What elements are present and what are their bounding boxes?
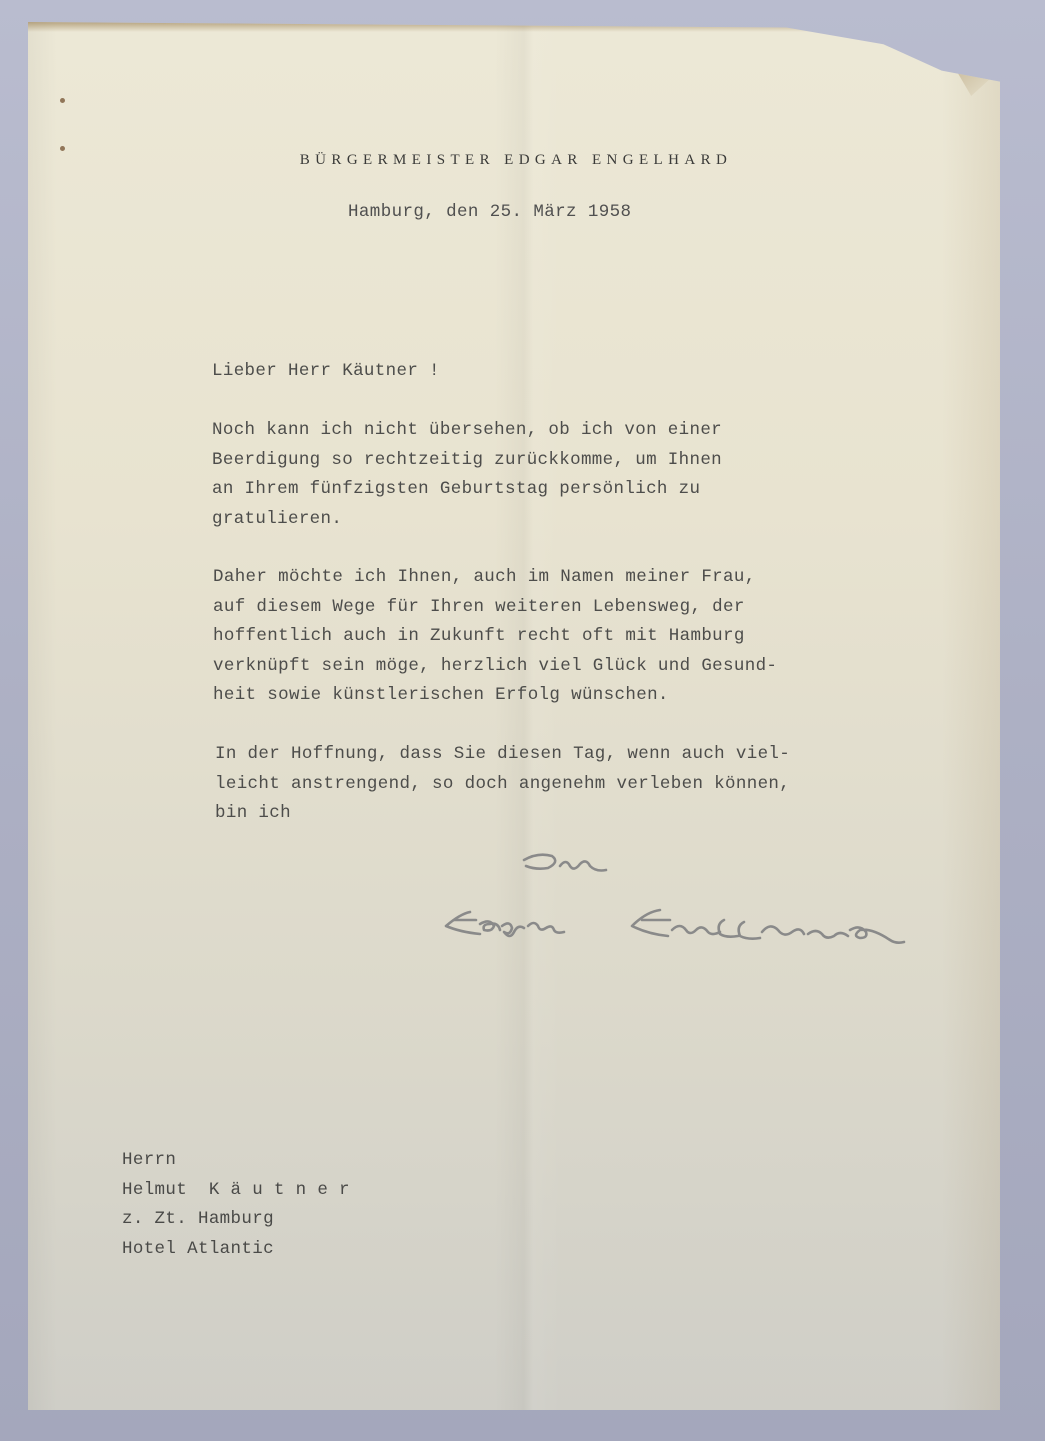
text-line: heit sowie künstlerischen Erfolg wünsche…: [213, 681, 777, 711]
text-line: gratulieren.: [212, 505, 722, 535]
text-line: an Ihrem fünfzigsten Geburtstag persönli…: [212, 475, 722, 505]
paragraph-2: Daher möchte ich Ihnen, auch im Namen me…: [213, 563, 777, 711]
paragraph-1: Noch kann ich nicht übersehen, ob ich vo…: [212, 416, 722, 534]
date-line: Hamburg, den 25. März 1958: [348, 202, 631, 222]
address-line: z. Zt. Hamburg: [122, 1205, 350, 1235]
letterhead: BÜRGERMEISTER EDGAR ENGELHARD: [236, 152, 796, 169]
text-line: hoffentlich auch in Zukunft recht oft mi…: [213, 622, 777, 652]
punch-hole-mark: [60, 146, 65, 151]
signature-strokes: [420, 840, 920, 970]
salutation: Lieber Herr Käutner !: [212, 357, 440, 387]
text-line: In der Hoffnung, dass Sie diesen Tag, we…: [215, 740, 790, 770]
handwritten-signature: [420, 840, 920, 970]
dog-ear-corner: [956, 70, 994, 96]
text-line: verknüpft sein möge, herzlich viel Glück…: [213, 652, 777, 682]
address-line: Hotel Atlantic: [122, 1235, 350, 1265]
paper-edge-stain: [28, 22, 1000, 32]
text-line: Beerdigung so rechtzeitig zurückkomme, u…: [212, 446, 722, 476]
address-line: Herrn: [122, 1146, 350, 1176]
paragraph-3: In der Hoffnung, dass Sie diesen Tag, we…: [215, 740, 790, 829]
text-line: bin ich: [215, 799, 790, 829]
text-line: Daher möchte ich Ihnen, auch im Namen me…: [213, 563, 777, 593]
text-line: Noch kann ich nicht übersehen, ob ich vo…: [212, 416, 722, 446]
text-line: auf diesem Wege für Ihren weiteren Leben…: [213, 593, 777, 623]
address-line: Helmut K ä u t n e r: [122, 1176, 350, 1206]
punch-hole-mark: [60, 98, 65, 103]
text-line: leicht anstrengend, so doch angenehm ver…: [215, 770, 790, 800]
recipient-address: HerrnHelmut K ä u t n e rz. Zt. HamburgH…: [122, 1146, 350, 1264]
